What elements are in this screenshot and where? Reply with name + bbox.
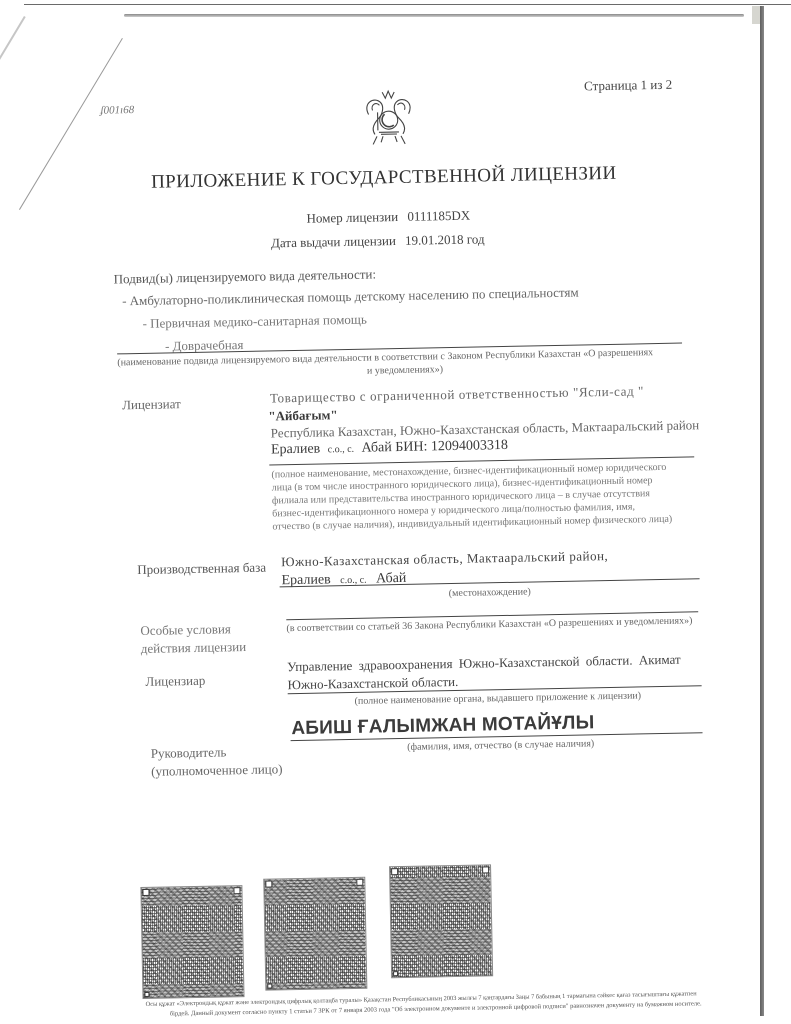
licensee-settlement-type: с.о., с. — [328, 444, 355, 456]
subtypes-heading: Подвид(ы) лицензируемого вида деятельнос… — [114, 266, 377, 287]
license-number-row: Номер лицензии 0111185DX — [306, 208, 470, 227]
stamp-number: ʄ001ı68 — [100, 104, 134, 117]
document-title: ПРИЛОЖЕНИЕ К ГОСУДАРСТВЕННОЙ ЛИЦЕНЗИИ — [144, 163, 624, 194]
qr-code-2 — [263, 877, 367, 991]
qr-code-1 — [140, 885, 244, 999]
issue-date-value: 19.01.2018 год — [405, 231, 485, 248]
special-conditions-label-line2: действия лицензии — [141, 638, 247, 658]
qr-corner-marker — [393, 971, 398, 976]
page-indicator: Страница 1 из 2 — [584, 77, 672, 95]
production-base-line2: Ералиев с.о., с. Абай — [281, 570, 406, 590]
licensee-caption: (полное наименование, местонахождение, б… — [271, 460, 697, 533]
licensee-name-line2: "Айбағым" — [268, 406, 338, 424]
qr-corner-marker — [267, 984, 272, 989]
subtype-item: - Амбулаторно-поликлиническая помощь дет… — [122, 285, 579, 310]
license-number-value: 0111185DX — [407, 208, 470, 224]
production-base-label: Производственная база — [137, 559, 266, 579]
issue-date-row: Дата выдачи лицензии 19.01.2018 год — [271, 231, 485, 251]
special-conditions-label-line1: Особые условия — [140, 620, 246, 640]
special-conditions-label: Особые условия действия лицензии — [140, 620, 246, 658]
issue-date-label: Дата выдачи лицензии — [271, 233, 396, 250]
license-number-label: Номер лицензии — [306, 209, 398, 226]
qr-corner-marker — [144, 992, 149, 997]
head-label: Руководитель (уполномоченное лицо) — [151, 742, 283, 781]
licensee-name-line1: Товарищество с ограниченной ответственно… — [270, 382, 644, 406]
licensee-label: Лицензиат — [122, 395, 181, 414]
license-appendix-document: ʄ001ı68 Страница 1 из 2 ПРИЛОЖЕНИЕ К ГОС… — [0, 0, 791, 1024]
licensee-address-bin: Ералиев с.о., с. Абай БИН: 12094003318 — [271, 437, 508, 460]
head-label-line2: (уполномоченное лицо) — [151, 760, 283, 781]
qr-code-3 — [389, 864, 493, 978]
licensor-label: Лицензиар — [145, 672, 205, 691]
licensor-line1: Управление здравоохранения Южно-Казахста… — [287, 651, 681, 676]
licensee-village: Ералиев — [271, 442, 320, 458]
licensee-bin: Абай БИН: 12094003318 — [361, 438, 508, 456]
production-base-line1: Южно-Казахстанская область, Мактааральск… — [281, 547, 608, 570]
kazakhstan-state-emblem-icon — [360, 88, 417, 149]
subtype-item: - Первичная медико-санитарная помощь — [142, 312, 367, 332]
